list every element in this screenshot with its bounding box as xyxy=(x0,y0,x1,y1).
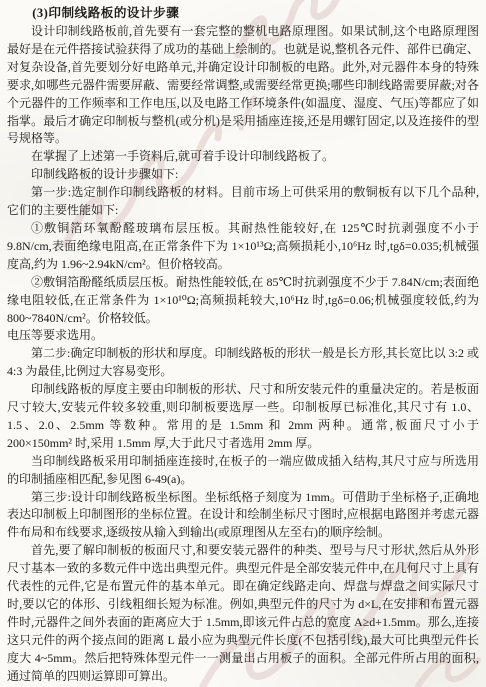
paragraph-thickness: 印制线路板的厚度主要由印制板的形状、尺寸和所安装元件的重量决定的。若是板面尺寸较… xyxy=(7,381,479,453)
document-body: (3)印制线路板的设计步骤 设计印制线路板前,首先要有一套完整的整机电路原理图。… xyxy=(7,4,479,686)
paragraph-material-2: ②敷铜箔酚醛纸质层压板。耐热性能较低,在 85℃时抗剥强度不少于 7.84N/c… xyxy=(7,274,479,328)
paragraph-intro: 设计印制线路板前,首先要有一套完整的整机电路原理图。如果试制,这个电路原理图最好… xyxy=(7,23,479,148)
paragraph-connector: 当印制线路板采用印制插座连接时,在板子的一端应做成插入结构,其尺寸应与所选用的印… xyxy=(7,453,479,489)
paragraph-material-1: ①敷铜箔环氧酚醛玻璃布层压板。其耐热性能较好,在 125℃时抗剥强度不小于 9.… xyxy=(7,220,479,274)
paragraph-typical-component: 首先,要了解印制板的板面尺寸,和要安装元器件的种类、型号与尺寸形状,然后从外形尺… xyxy=(7,542,479,685)
scanned-page: (3)印制线路板的设计步骤 设计印制线路板前,首先要有一套完整的整机电路原理图。… xyxy=(0,0,486,687)
paragraph-step1: 第一步:选定制作印制线路板的材料。目前市场上可供采用的敷铜板有以下几个品种,它们… xyxy=(7,184,479,220)
paragraph-fragment-voltage: 电压等要求选用。 xyxy=(7,327,479,345)
paragraph-step2: 第二步:确定印制板的形状和厚度。印制线路板的形状一般是长方形,其长宽比以 3:2… xyxy=(7,345,479,381)
paragraph-step3: 第三步:设计印制线路板坐标图。坐标纸格子刻度为 1mm。可借助于坐标格子,正确地… xyxy=(7,489,479,543)
section-heading: (3)印制线路板的设计步骤 xyxy=(7,4,479,23)
paragraph-transition: 在掌握了上述第一手资料后,就可着手设计印制线路板了。 xyxy=(7,148,479,166)
paragraph-steps-lead: 印制线路板的设计步骤如下: xyxy=(7,166,479,184)
